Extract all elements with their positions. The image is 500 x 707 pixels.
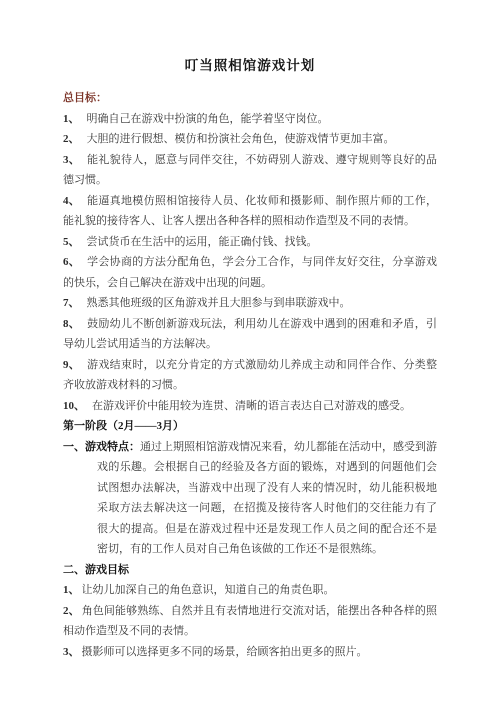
list-item: 6、学会协商的方法分配角色，学会分工合作，与同伴友好交往，分享游戏的快乐，会自己… [63,252,437,293]
game-features-text: 通过上期照相馆游戏情况来看，幼儿都能在活动中，感受到游戏的乐趣。会根据自己的经验… [97,441,437,556]
list-item: 7、熟悉其他班级的区角游戏并且大胆参与到串联游戏中。 [63,293,437,314]
item-text: 摄影师可以选择更多不同的场景，给顾客拍出更多的照片。 [82,646,368,658]
overall-goals-heading: 总目标： [63,88,437,109]
item-text: 大胆的进行假想、模仿和扮演社会角色，使游戏情节更加丰富。 [87,133,395,145]
item-text: 熟悉其他班级的区角游戏并且大胆参与到串联游戏中。 [87,297,351,309]
item-number: 5、 [63,236,80,248]
item-text: 能逼真地模仿照相馆接待人员、化妆师和摄影师、制作照片师的工作，能礼貌的接待客人、… [63,195,437,228]
item-number: 2、 [63,605,80,617]
item-text: 让幼儿加深自己的角色意识，知道自己的角责色职。 [82,584,335,596]
list-item: 9、游戏结束时，以充分肯定的方式激励幼儿养成主动和同伴合作、分类整齐收放游戏材料… [63,355,437,396]
list-item: 3、摄影师可以选择更多不同的场景，给顾客拍出更多的照片。 [63,642,437,663]
game-goals-heading: 二、游戏目标 [63,560,437,581]
item-number: 10、 [63,400,85,412]
list-item: 1、让幼儿加深自己的角色意识，知道自己的角责色职。 [63,580,437,601]
item-text: 在游戏评价中能用较为连贯、清晰的语言表达自己对游戏的感受。 [92,400,411,412]
item-number: 4、 [63,195,80,207]
item-text: 角色间能够熟练、自然并且有表情地进行交流对话，能摆出各种各样的照相动作造型及不同… [63,605,437,638]
game-features-label: 一、游戏特点： [63,441,140,453]
game-features-paragraph: 一、游戏特点：通过上期照相馆游戏情况来看，幼儿都能在活动中，感受到游戏的乐趣。会… [63,437,437,560]
document-title: 叮当照相馆游戏计划 [63,56,437,76]
item-number: 1、 [63,113,80,125]
document-page: 叮当照相馆游戏计划 总目标： 1、明确自己在游戏中扮演的角色，能学着坚守岗位。 … [0,0,500,707]
item-number: 8、 [63,318,80,330]
item-number: 1、 [63,584,80,596]
list-item: 10、在游戏评价中能用较为连贯、清晰的语言表达自己对游戏的感受。 [63,396,437,417]
item-text: 尝试货币在生活中的运用，能正确付钱、找钱。 [87,236,318,248]
list-item: 2、角色间能够熟练、自然并且有表情地进行交流对话，能摆出各种各样的照相动作造型及… [63,601,437,642]
item-number: 2、 [63,133,80,145]
item-number: 6、 [63,256,80,268]
stage1-heading: 第一阶段（2月——3月） [63,416,437,437]
list-item: 4、能逼真地模仿照相馆接待人员、化妆师和摄影师、制作照片师的工作，能礼貌的接待客… [63,191,437,232]
item-text: 能礼貌待人，愿意与同伴交往，不妨碍别人游戏、遵守规则等良好的品德习惯。 [63,154,437,187]
item-number: 3、 [63,154,80,166]
item-number: 7、 [63,297,80,309]
item-text: 游戏结束时，以充分肯定的方式激励幼儿养成主动和同伴合作、分类整齐收放游戏材料的习… [63,359,437,392]
list-item: 8、鼓励幼儿不断创新游戏玩法，利用幼儿在游戏中遇到的困难和矛盾，引导幼儿尝试用适… [63,314,437,355]
item-number: 3、 [63,646,80,658]
list-item: 2、大胆的进行假想、模仿和扮演社会角色，使游戏情节更加丰富。 [63,129,437,150]
document-content: 叮当照相馆游戏计划 总目标： 1、明确自己在游戏中扮演的角色，能学着坚守岗位。 … [0,0,500,662]
list-item: 5、尝试货币在生活中的运用，能正确付钱、找钱。 [63,232,437,253]
item-text: 明确自己在游戏中扮演的角色，能学着坚守岗位。 [87,113,329,125]
item-text: 鼓励幼儿不断创新游戏玩法，利用幼儿在游戏中遇到的困难和矛盾，引导幼儿尝试用适当的… [63,318,437,351]
item-number: 9、 [63,359,80,371]
item-text: 学会协商的方法分配角色，学会分工合作，与同伴友好交往，分享游戏的快乐，会自己解决… [63,256,437,289]
list-item: 3、能礼貌待人，愿意与同伴交往，不妨碍别人游戏、遵守规则等良好的品德习惯。 [63,150,437,191]
list-item: 1、明确自己在游戏中扮演的角色，能学着坚守岗位。 [63,109,437,130]
